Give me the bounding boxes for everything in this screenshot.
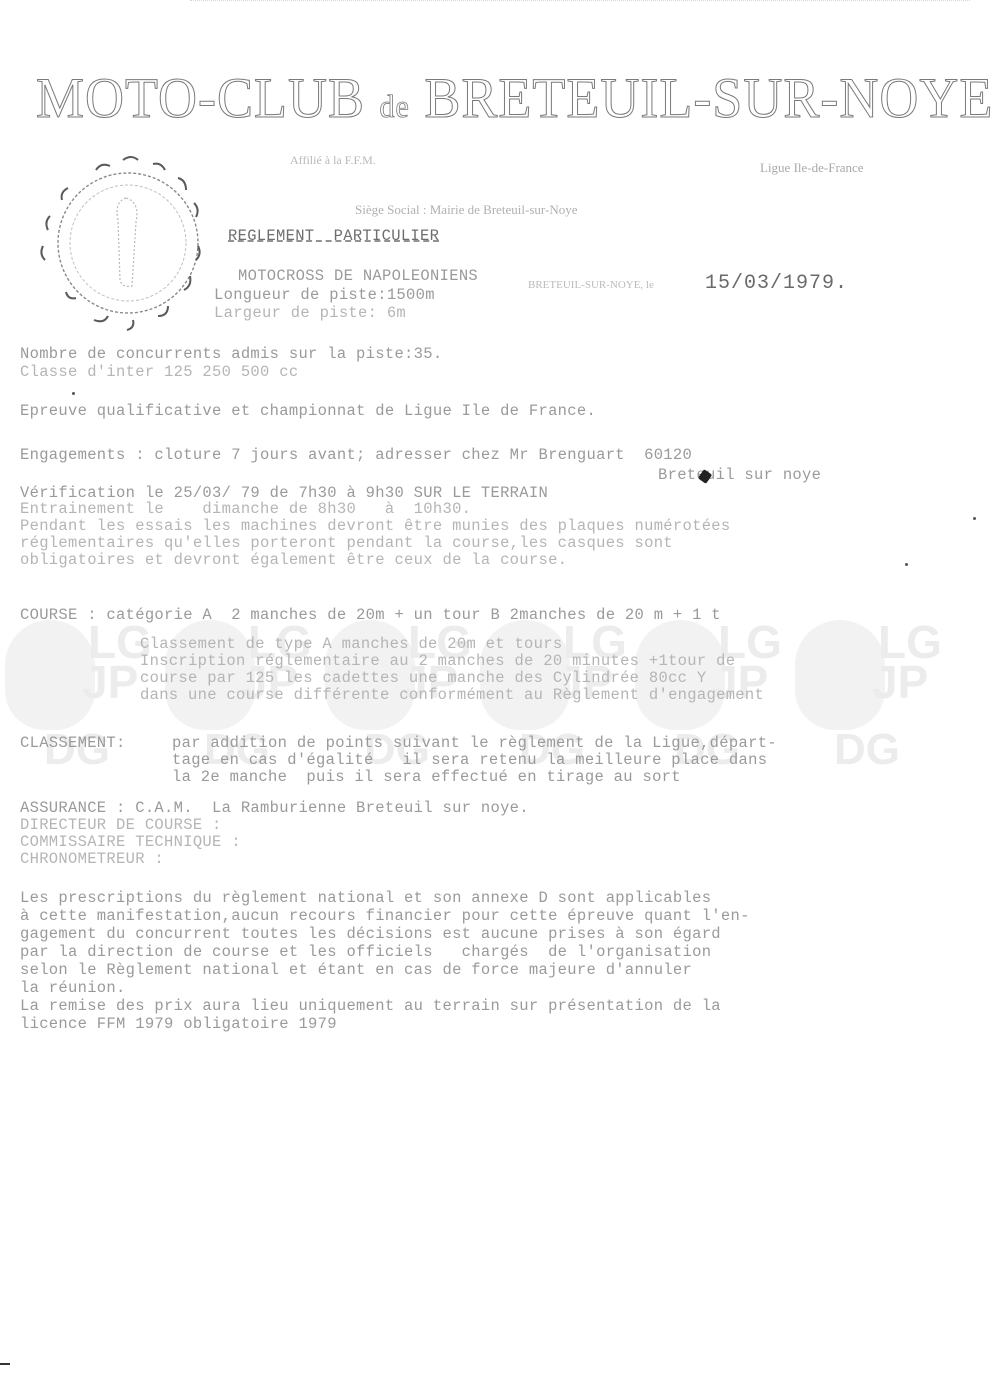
club-masthead: MOTO-CLUB de BRETEUIL-SUR-NOYE bbox=[36, 70, 926, 127]
training-line: Entrainement le dimanche de 8h30 à 10h30… bbox=[20, 501, 471, 518]
course-detail-line: dans une course différente conformément … bbox=[140, 687, 764, 704]
official-line: CHRONOMETREUR : bbox=[20, 851, 174, 868]
insurance-line: ASSURANCE : C.A.M. La Ramburienne Breteu… bbox=[20, 800, 529, 817]
document-page: LGJPDGLGJPDGLGJPDGLGJPDGLGJPDGLGJPDG MOT… bbox=[0, 0, 1000, 1377]
registered-office: Siège Social : Mairie de Breteuil-sur-No… bbox=[355, 202, 577, 218]
registration-line: Engagements : cloture 7 jours avant; adr… bbox=[20, 447, 692, 464]
margin-mark bbox=[905, 563, 908, 566]
closing-line: selon le Règlement national et étant en … bbox=[20, 962, 692, 979]
course-detail-line: Classement de type A manches de 20m et t… bbox=[140, 636, 562, 653]
affiliation-federation: Affilié à la F.F.M. bbox=[290, 153, 376, 168]
course-detail-line: course par 125 les cadettes une manche d… bbox=[140, 670, 707, 687]
course-detail-line: Inscription réglementaire au 2 manches d… bbox=[140, 653, 735, 670]
classification-label: CLASSEMENT: bbox=[20, 735, 126, 752]
event-name: MOTOCROSS DE NAPOLEONIENS bbox=[238, 268, 478, 285]
practice-line: Pendant les essais les machines devront … bbox=[20, 518, 731, 535]
margin-mark bbox=[973, 517, 976, 520]
practice-line: réglementaires qu'elles porteront pendan… bbox=[20, 535, 673, 552]
closing-line: par la direction de course et les offici… bbox=[20, 944, 711, 961]
place-date-prefix: BRETEUIL-SUR-NOYE, le bbox=[528, 279, 654, 291]
classification-line: la 2e manche puis il sera effectué en ti… bbox=[172, 769, 681, 786]
club-name-part2: BRETEUIL-SUR-NOYE bbox=[424, 67, 993, 130]
closing-line: à cette manifestation,aucun recours fina… bbox=[20, 908, 750, 925]
track-width: Largeur de piste: 6m bbox=[214, 305, 406, 322]
official-line: COMMISSAIRE TECHNIQUE : bbox=[20, 834, 241, 851]
championship-line: Epreuve qualificative et championnat de … bbox=[20, 403, 596, 420]
document-date: 15/03/1979. bbox=[705, 272, 848, 295]
scan-noise bbox=[190, 0, 970, 9]
ink-dot bbox=[72, 392, 75, 395]
closing-line: La remise des prix aura lieu uniquement … bbox=[20, 998, 721, 1015]
closing-line: la réunion. bbox=[20, 980, 126, 997]
affiliation-league: Ligue Ile-de-France bbox=[760, 160, 864, 176]
official-line: DIRECTEUR DE COURSE : bbox=[20, 817, 260, 834]
watermark-jp: JP bbox=[82, 662, 138, 702]
classification-line: tage en cas d'égalité il sera retenu la … bbox=[172, 752, 767, 769]
club-seal-gear-icon bbox=[28, 148, 228, 338]
engine-classes: Classe d'inter 125 250 500 cc bbox=[20, 364, 298, 381]
club-name-de: de bbox=[380, 90, 410, 125]
closing-line: licence FFM 1979 obligatoire 1979 bbox=[20, 1016, 337, 1033]
scan-edge-mark bbox=[0, 1363, 10, 1365]
watermark-jp: JP bbox=[872, 662, 928, 702]
riders-count: Nombre de concurrents admis sur la piste… bbox=[20, 346, 442, 363]
course-line: COURSE : catégorie A 2 manches de 20m + … bbox=[20, 607, 721, 624]
closing-line: gagement du concurrent toutes les décisi… bbox=[20, 926, 721, 943]
practice-line: obligatoires et devront également être c… bbox=[20, 552, 567, 569]
regulation-title: REGLEMENT PARTICULIER bbox=[228, 228, 439, 245]
watermark-dg: DG bbox=[834, 730, 900, 770]
classification-line: par addition de points suivant le règlem… bbox=[172, 735, 777, 752]
closing-line: Les prescriptions du règlement national … bbox=[20, 890, 711, 907]
registration-city: Breteuil sur noye bbox=[658, 467, 821, 484]
track-length: Longueur de piste:1500m bbox=[214, 287, 435, 304]
club-name-part1: MOTO-CLUB bbox=[36, 67, 365, 130]
